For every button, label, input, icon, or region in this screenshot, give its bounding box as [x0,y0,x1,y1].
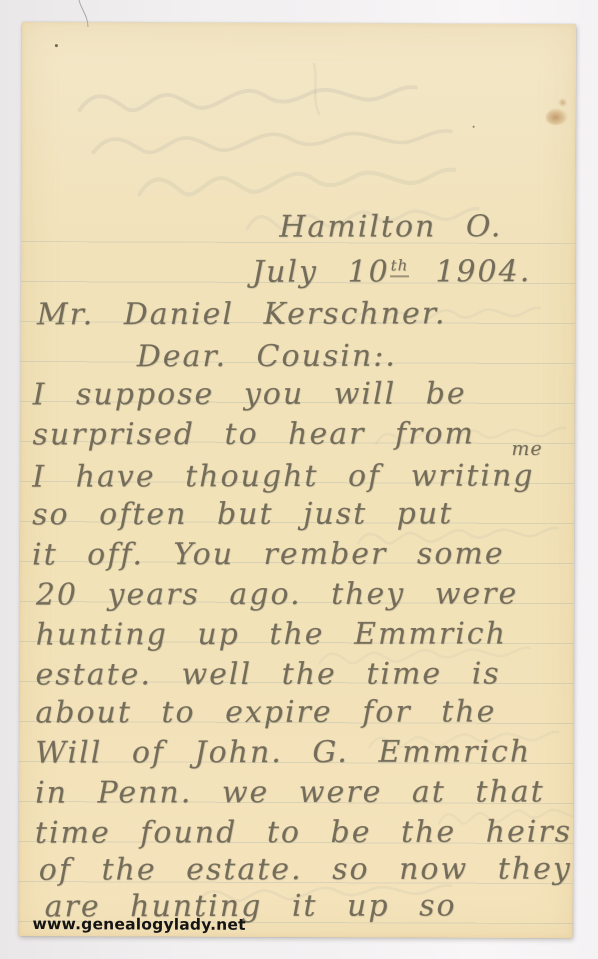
date-year: 1904. [435,254,531,289]
salutation-line: Dear. Cousin:. [137,339,397,375]
paper-speck [473,126,475,128]
scan-background: { "document": { "watermark": "www.geneal… [0,0,598,959]
date-day: July 10 [252,254,390,289]
body-line: about to expire for the [35,694,496,730]
place-line: Hamilton O. [279,209,502,245]
paper-speck [55,44,58,47]
inserted-word-me: me [511,438,542,460]
body-line: time found to be the heirs [35,814,572,850]
brown-stain [546,108,568,125]
body-line: 20 years ago. they were [36,576,519,612]
body-line: hunting up the Emmrich [36,616,507,652]
watermark: www.genealogylady.net [33,915,246,934]
letter-page: Hamilton O. July 10th1904. Mr. Daniel Ke… [18,22,576,938]
body-line: it off. You rember some [32,536,505,572]
recipient-line: Mr. Daniel Kerschner. [37,296,447,332]
body-line: so often but just put [32,496,453,532]
brown-stain-small [558,98,568,107]
body-line: I have thought of writing [32,458,534,494]
body-line: Will of John. G. Emmrich [35,734,531,770]
body-line: estate. well the time is [35,656,500,692]
body-line: I suppose you will be [33,376,467,412]
body-line: of the estate. so now they [39,851,572,887]
ordinal-superscript: th [390,256,410,277]
date-line: July 10th1904. [252,254,531,290]
body-line: surprised to hear from [32,416,475,452]
body-line: in Penn. we were at that [35,774,545,810]
